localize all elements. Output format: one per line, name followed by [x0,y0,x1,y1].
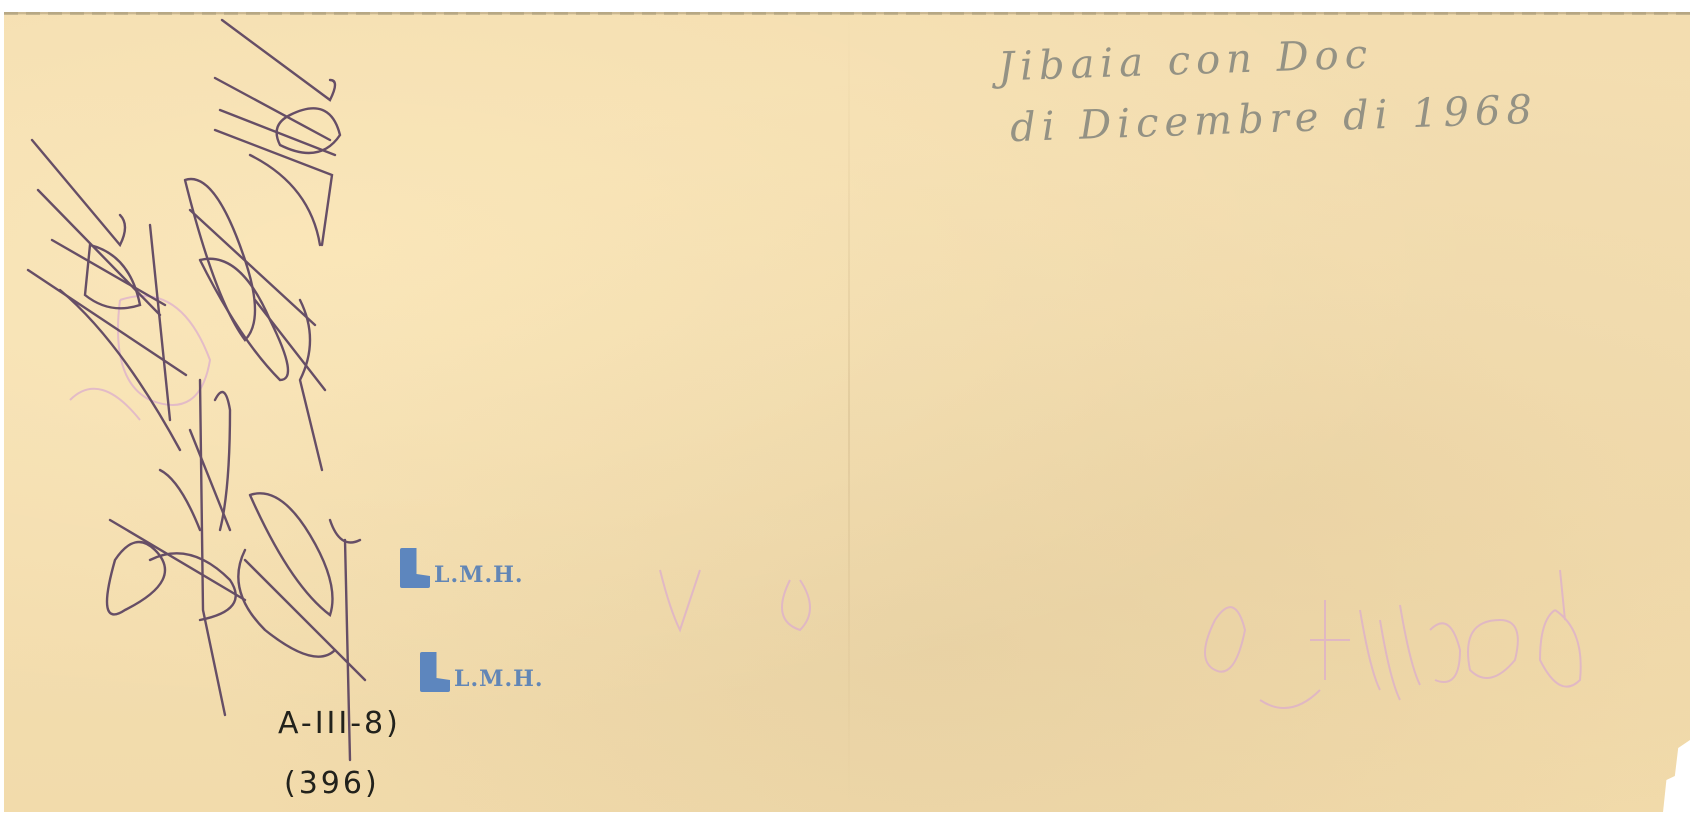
catalog-number-line-2: (396) [284,766,380,801]
stamp-lmh-upper: L.M.H. [400,548,524,588]
stamp-lmh-lower: L.M.H. [420,652,544,692]
stamp-initials: L.M.H. [454,666,544,692]
paper-top-edge [4,12,1690,15]
catalog-number-line-1: A-III-8) [278,706,401,741]
stamp-block-icon [400,548,430,588]
fold-line [848,12,850,812]
stamp-initials: L.M.H. [434,562,524,588]
stamp-block-icon [420,652,450,692]
